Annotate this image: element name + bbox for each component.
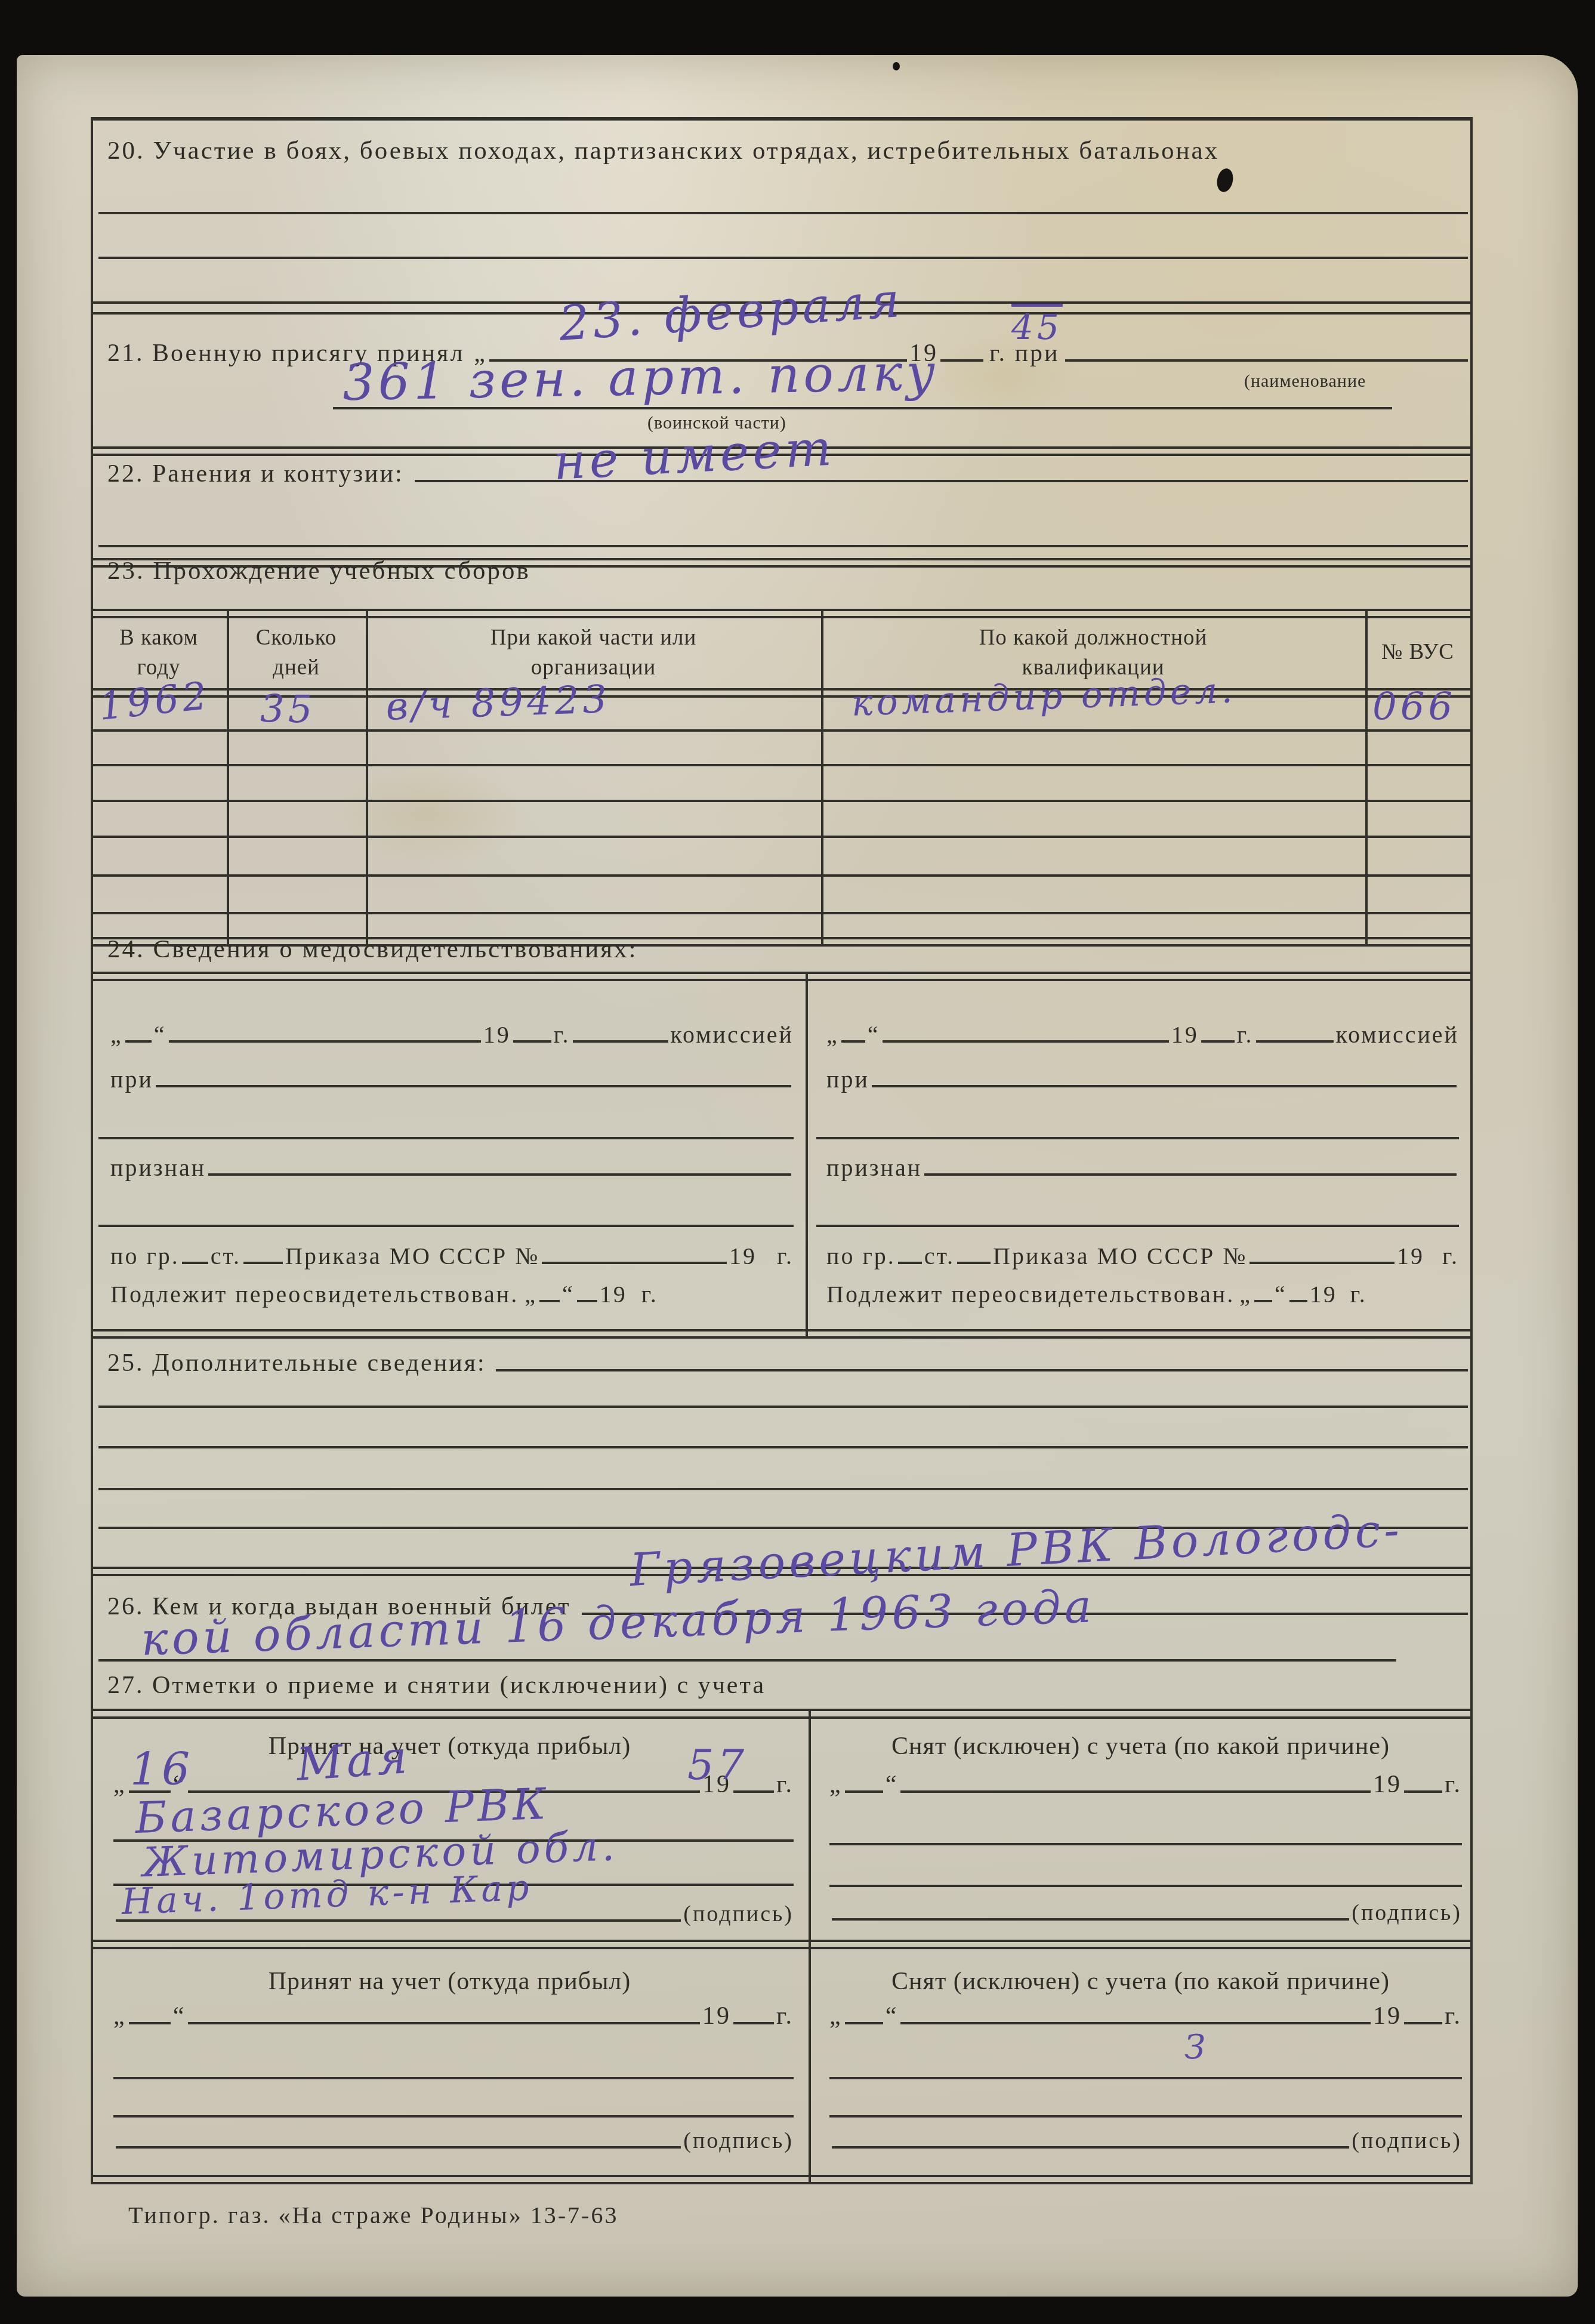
med-rule bbox=[91, 972, 1473, 974]
oath-place-field bbox=[1065, 359, 1468, 362]
reexam-month-field bbox=[1289, 1300, 1307, 1302]
commission-field bbox=[573, 1040, 668, 1043]
month-field bbox=[169, 1040, 481, 1043]
year-field bbox=[513, 1040, 551, 1043]
med-divider bbox=[806, 972, 808, 1336]
med-at-row: при bbox=[110, 1054, 794, 1092]
section25-title: 25. Дополнительные сведения: bbox=[107, 1350, 486, 1376]
scanned-military-card: 20. Участие в боях, боевых походах, парт… bbox=[0, 0, 1595, 2324]
recognized-field bbox=[208, 1173, 791, 1176]
recognized-field bbox=[924, 1173, 1457, 1176]
signature-field bbox=[832, 2146, 1349, 2149]
year-field bbox=[1201, 1040, 1235, 1043]
table-rule bbox=[91, 609, 1473, 611]
day-field bbox=[845, 1790, 883, 1793]
accept-signature-row: (подпись) bbox=[113, 2116, 794, 2153]
table-divider bbox=[366, 609, 368, 944]
extra-info-row: 25. Дополнительные сведения: bbox=[107, 1338, 1470, 1376]
training-vus-handwriting: 066 bbox=[1372, 685, 1456, 729]
at-field bbox=[156, 1085, 791, 1087]
year-field bbox=[733, 1790, 774, 1793]
section24-title: 24. Сведения о медосвидетельствованиях: bbox=[107, 935, 637, 964]
print-shop-imprint: Типогр. газ. «На страже Родины» 13-7-63 bbox=[128, 2201, 618, 2229]
day-field bbox=[129, 2022, 171, 2024]
section22-label: 22. Ранения и контузии: bbox=[107, 461, 404, 487]
med-order-row: по гр. ст. Приказа МО СССР № 19г. bbox=[826, 1231, 1459, 1269]
training-days-handwriting: 35 bbox=[260, 688, 316, 732]
form-border-left bbox=[91, 117, 93, 2182]
col-header-vus: № ВУС bbox=[1365, 637, 1470, 667]
blank-line bbox=[98, 1225, 794, 1227]
at-field bbox=[872, 1085, 1457, 1087]
table-divider bbox=[1365, 609, 1368, 944]
day-field bbox=[845, 2022, 883, 2024]
table-row-line bbox=[93, 800, 1470, 802]
blank-line bbox=[113, 2077, 794, 2079]
unit-line bbox=[333, 407, 1392, 409]
med-rule bbox=[91, 1329, 1473, 1331]
table-row-line bbox=[93, 874, 1470, 877]
month-field bbox=[883, 1040, 1169, 1043]
year-field bbox=[1404, 2022, 1442, 2024]
accept-month-handwriting: Мая bbox=[295, 1730, 412, 1791]
col-header-unit: При какой части илиорганизации bbox=[366, 623, 821, 683]
reason-field bbox=[900, 2022, 1371, 2024]
reason-field bbox=[900, 1790, 1371, 1793]
med-rule bbox=[91, 979, 1473, 981]
table-rule bbox=[91, 1709, 1473, 1711]
med-order-row: по гр. ст. Приказа МО СССР № 19г. bbox=[110, 1231, 794, 1269]
blank-line bbox=[98, 212, 1468, 214]
caption-name: (наименование bbox=[1244, 371, 1366, 392]
accept-year-handwriting: 57 bbox=[687, 1740, 748, 1789]
blank-line bbox=[829, 2077, 1462, 2079]
day-field bbox=[125, 1040, 152, 1043]
table-rule bbox=[91, 1947, 1473, 1949]
removed-signature-row: (подпись) bbox=[829, 1887, 1462, 1925]
med-recognized-row: признан bbox=[826, 1142, 1459, 1181]
training-unit-handwriting: в/ч 89423 bbox=[385, 677, 611, 729]
med-reexam-row: Подлежит переосвидетельствован. „“ 19г. bbox=[110, 1271, 794, 1307]
year-field bbox=[733, 2022, 774, 2024]
blank-line bbox=[98, 545, 1468, 547]
form-border-top bbox=[91, 117, 1473, 121]
blank-line bbox=[98, 257, 1468, 259]
blank-line bbox=[98, 1406, 1468, 1408]
reexam-month-field bbox=[577, 1300, 597, 1302]
table-rule bbox=[91, 1940, 1473, 1942]
med-reexam-row: Подлежит переосвидетельствован. „“ 19г. bbox=[826, 1271, 1459, 1307]
signature-field bbox=[832, 1918, 1349, 1921]
table-divider bbox=[227, 609, 229, 944]
form-border-right bbox=[1470, 117, 1473, 2182]
med-at-row: при bbox=[826, 1054, 1459, 1092]
blank-line bbox=[98, 1446, 1468, 1448]
accept-day-handwriting: 16 bbox=[130, 1744, 193, 1795]
section20-title: 20. Участие в боях, боевых походах, парт… bbox=[107, 136, 1219, 165]
table-row-line bbox=[93, 764, 1470, 766]
removed-signature-row: (подпись) bbox=[829, 2116, 1462, 2153]
oath-year-field bbox=[940, 359, 983, 362]
med-date-row: „“ 19г. комиссией bbox=[826, 1009, 1459, 1047]
table-row-line bbox=[93, 836, 1470, 838]
table-row-line bbox=[93, 912, 1470, 914]
paper-speck bbox=[893, 62, 900, 70]
section27-title: 27. Отметки о приеме и снятии (исключени… bbox=[107, 1671, 766, 1700]
order-number-field bbox=[1250, 1262, 1395, 1264]
blank-line bbox=[816, 1137, 1459, 1139]
commission-field bbox=[1256, 1040, 1334, 1043]
oath-year-handwriting: 45 bbox=[1011, 307, 1063, 347]
blank-line bbox=[98, 1137, 794, 1139]
day-field bbox=[841, 1040, 865, 1043]
removed-date-row: „“ 19г. bbox=[829, 1758, 1462, 1798]
reexam-day-field bbox=[539, 1300, 560, 1302]
table-divider bbox=[809, 1709, 811, 2182]
table-divider bbox=[821, 609, 823, 944]
col-header-days: Сколькодней bbox=[227, 623, 366, 683]
table-rule bbox=[91, 2175, 1473, 2177]
group-field bbox=[182, 1262, 208, 1264]
table-rule bbox=[91, 2182, 1473, 2184]
signature-field bbox=[116, 2146, 681, 2149]
section23-title: 23. Прохождение учебных сборов bbox=[107, 556, 530, 585]
table-rule bbox=[91, 1716, 1473, 1719]
blank-line bbox=[816, 1225, 1459, 1227]
article-field bbox=[243, 1262, 283, 1264]
group-field bbox=[898, 1262, 922, 1264]
blank-line bbox=[829, 1843, 1462, 1845]
removed-date-row: „“ 19г. bbox=[829, 1990, 1462, 2029]
month-field bbox=[188, 2022, 700, 2024]
article-field bbox=[957, 1262, 991, 1264]
extra-info-field bbox=[496, 1369, 1468, 1371]
reexam-day-field bbox=[1254, 1300, 1272, 1302]
accept-date-row: „“ 19г. bbox=[113, 1990, 794, 2029]
med-date-row: „“ 19г. комиссией bbox=[110, 1009, 794, 1047]
blank-line bbox=[98, 1488, 1468, 1490]
med-recognized-row: признан bbox=[110, 1142, 794, 1181]
oath-unit-handwriting: 361 зен. арт. полку bbox=[342, 343, 939, 412]
blank-line bbox=[98, 1659, 1396, 1662]
table-rule bbox=[91, 616, 1473, 618]
order-number-field bbox=[542, 1262, 727, 1264]
year-field bbox=[1404, 1790, 1442, 1793]
stray-mark-handwriting: З bbox=[1184, 2028, 1209, 2067]
